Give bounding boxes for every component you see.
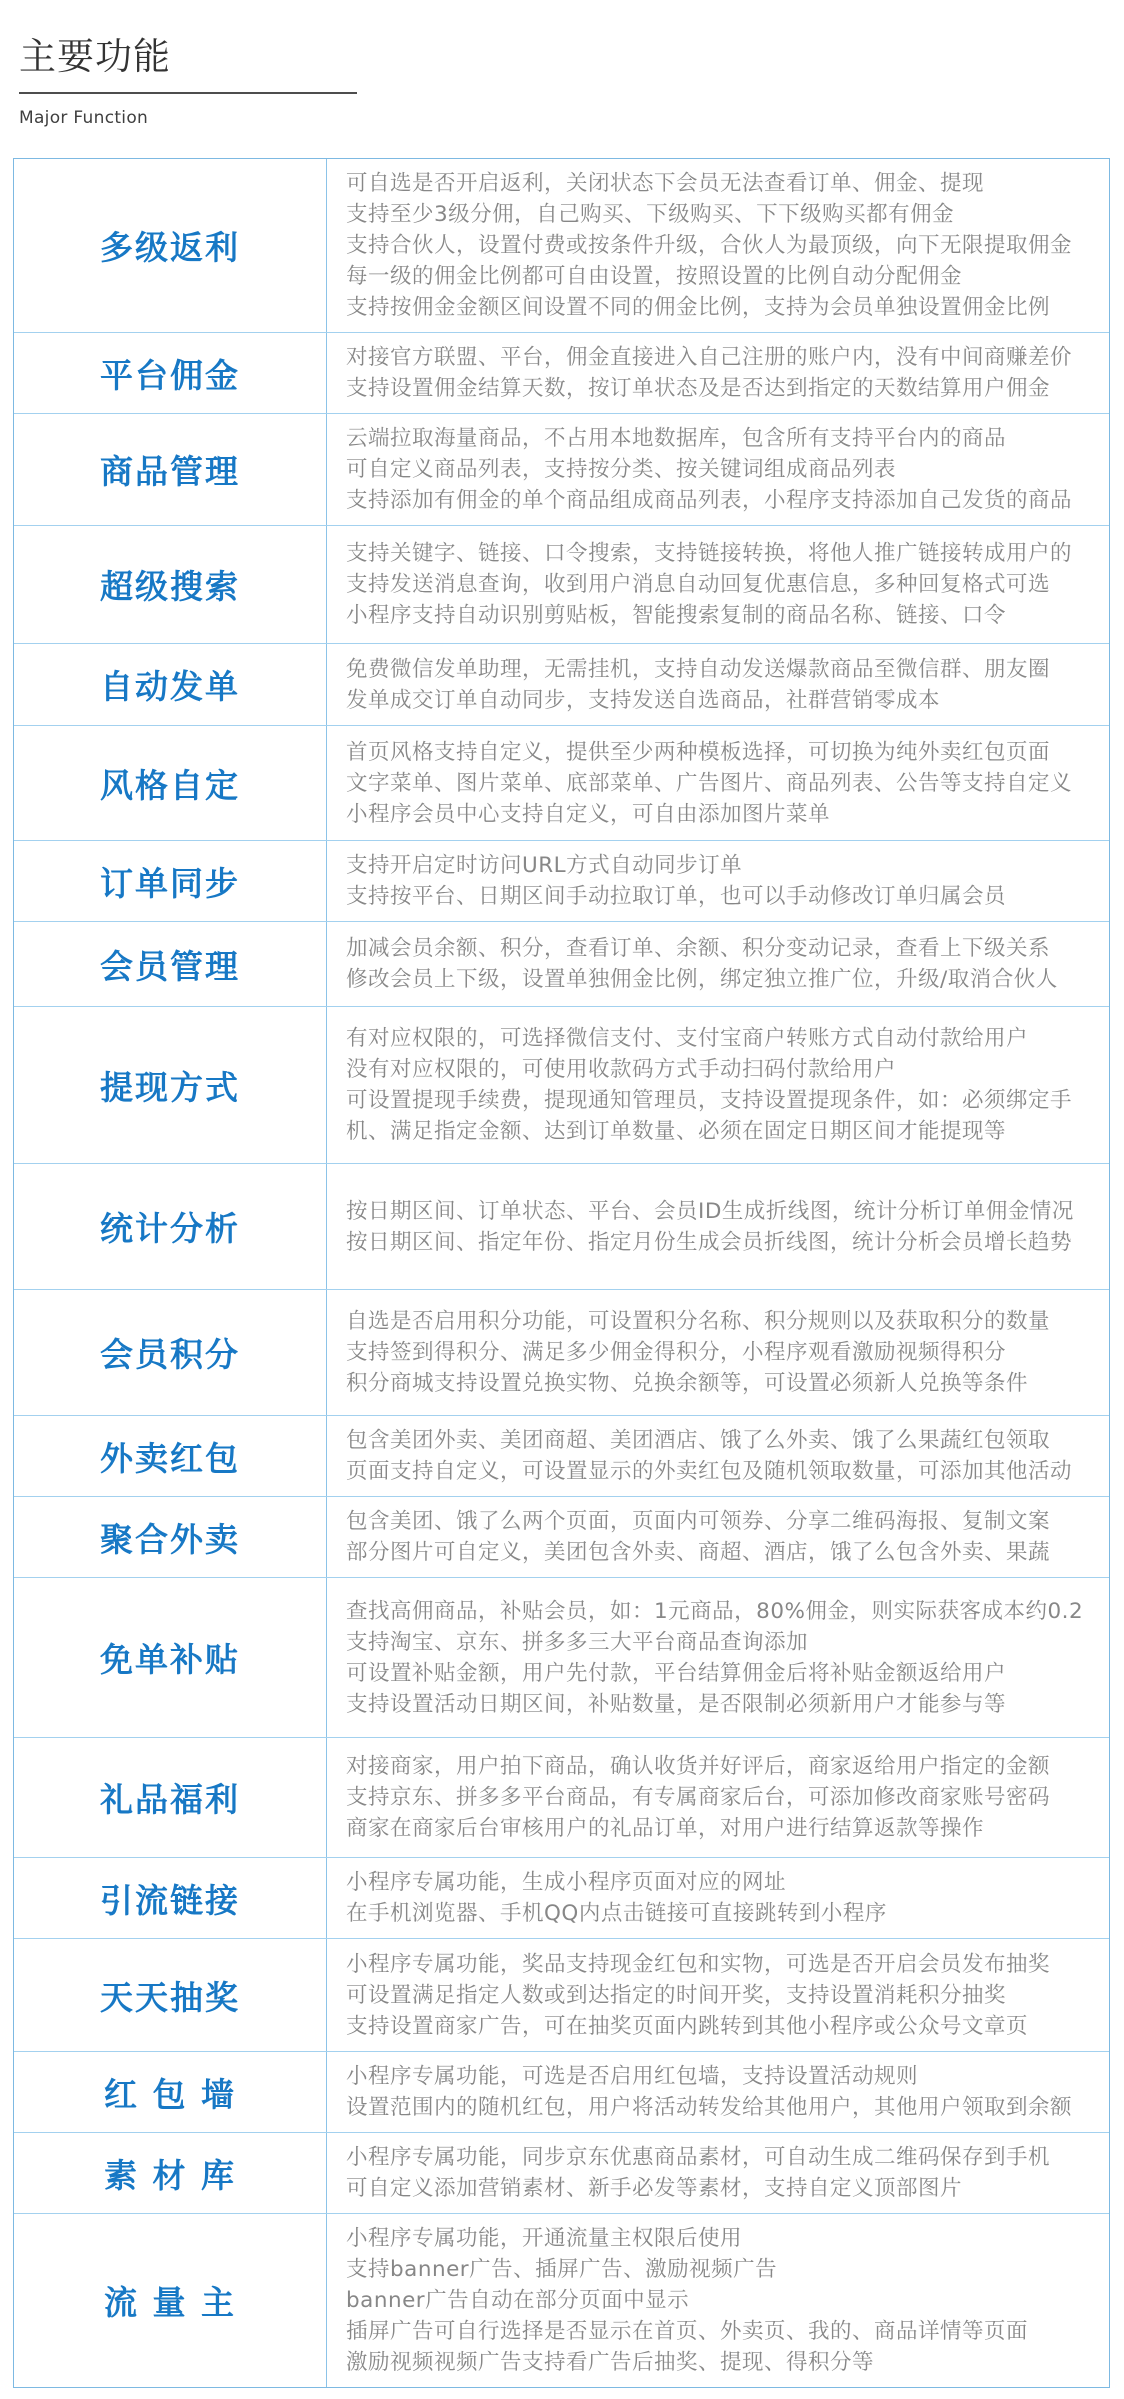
feature-name-cell: 礼品福利 <box>14 1738 327 1857</box>
feature-name-cell: 天天抽奖 <box>14 1939 327 2051</box>
feature-name-cell: 风格自定 <box>14 726 327 840</box>
feature-row: 素 材 库 小程序专属功能，同步京东优惠商品素材，可自动生成二维码保存到手机 可… <box>14 2132 1109 2213</box>
feature-description: 支持关键字、链接、口令搜索，支持链接转换，将他人推广链接转成用户的 支持发送消息… <box>346 538 1072 631</box>
feature-description: 有对应权限的，可选择微信支付、支付宝商户转账方式自动付款给用户 没有对应权限的，… <box>346 1023 1095 1147</box>
feature-description: 小程序专属功能，同步京东优惠商品素材，可自动生成二维码保存到手机 可自定义添加营… <box>346 2142 1050 2204</box>
title-underline-divider <box>19 92 357 94</box>
feature-name-cell: 聚合外卖 <box>14 1497 327 1577</box>
feature-name: 天天抽奖 <box>100 1972 240 2019</box>
feature-description-cell: 小程序专属功能，可选是否启用红包墙，支持设置活动规则 设置范围内的随机红包，用户… <box>327 2052 1109 2132</box>
feature-row: 引流链接 小程序专属功能，生成小程序页面对应的网址 在手机浏览器、手机QQ内点击… <box>14 1857 1109 1938</box>
feature-name-cell: 会员管理 <box>14 922 327 1006</box>
page-subtitle: Major Function <box>19 108 1124 128</box>
feature-name: 素 材 库 <box>104 2150 236 2197</box>
feature-description-cell: 可自选是否开启返利，关闭状态下会员无法查看订单、佣金、提现 支持至少3级分佣，自… <box>327 159 1109 332</box>
feature-name: 风格自定 <box>100 760 240 807</box>
feature-description-cell: 支持开启定时访问URL方式自动同步订单 支持按平台、日期区间手动拉取订单，也可以… <box>327 841 1109 921</box>
feature-name-cell: 自动发单 <box>14 644 327 725</box>
feature-description: 自选是否启用积分功能，可设置积分名称、积分规则以及获取积分的数量 支持签到得积分… <box>346 1306 1050 1399</box>
feature-row: 风格自定 首页风格支持自定义，提供至少两种模板选择，可切换为纯外卖红包页面 文字… <box>14 725 1109 840</box>
feature-name: 商品管理 <box>100 446 240 493</box>
feature-description: 小程序专属功能，可选是否启用红包墙，支持设置活动规则 设置范围内的随机红包，用户… <box>346 2061 1072 2123</box>
feature-row: 免单补贴 查找高佣商品，补贴会员，如：1元商品，80%佣金，则实际获客成本约0.… <box>14 1577 1109 1737</box>
feature-description-cell: 对接官方联盟、平台，佣金直接进入自己注册的账户内，没有中间商赚差价 支持设置佣金… <box>327 333 1109 413</box>
feature-table: 多级返利 可自选是否开启返利，关闭状态下会员无法查看订单、佣金、提现 支持至少3… <box>13 158 1110 2388</box>
feature-name-cell: 外卖红包 <box>14 1416 327 1496</box>
feature-name-cell: 提现方式 <box>14 1007 327 1163</box>
feature-name: 订单同步 <box>100 858 240 905</box>
feature-description-cell: 有对应权限的，可选择微信支付、支付宝商户转账方式自动付款给用户 没有对应权限的，… <box>327 1007 1109 1163</box>
feature-description-cell: 小程序专属功能，生成小程序页面对应的网址 在手机浏览器、手机QQ内点击链接可直接… <box>327 1858 1109 1938</box>
feature-description: 对接官方联盟、平台，佣金直接进入自己注册的账户内，没有中间商赚差价 支持设置佣金… <box>346 342 1072 404</box>
page-title: 主要功能 <box>19 26 1124 80</box>
feature-row: 流 量 主 小程序专属功能，开通流量主权限后使用 支持banner广告、插屏广告… <box>14 2213 1109 2387</box>
feature-row: 提现方式 有对应权限的，可选择微信支付、支付宝商户转账方式自动付款给用户 没有对… <box>14 1006 1109 1163</box>
feature-row: 商品管理 云端拉取海量商品，不占用本地数据库，包含所有支持平台内的商品 可自定义… <box>14 413 1109 525</box>
feature-name-cell: 会员积分 <box>14 1290 327 1415</box>
feature-name-cell: 引流链接 <box>14 1858 327 1938</box>
feature-row: 自动发单 免费微信发单助理，无需挂机，支持自动发送爆款商品至微信群、朋友圈 发单… <box>14 643 1109 725</box>
feature-description-cell: 自选是否启用积分功能，可设置积分名称、积分规则以及获取积分的数量 支持签到得积分… <box>327 1290 1109 1415</box>
feature-name: 多级返利 <box>100 222 240 269</box>
feature-description: 加减会员余额、积分，查看订单、余额、积分变动记录，查看上下级关系 修改会员上下级… <box>346 933 1058 995</box>
feature-row: 超级搜索 支持关键字、链接、口令搜索，支持链接转换，将他人推广链接转成用户的 支… <box>14 525 1109 643</box>
feature-description: 查找高佣商品，补贴会员，如：1元商品，80%佣金，则实际获客成本约0.2 支持淘… <box>346 1596 1083 1720</box>
page: 主要功能 Major Function 多级返利 可自选是否开启返利，关闭状态下… <box>0 0 1124 2399</box>
feature-description-cell: 小程序专属功能，开通流量主权限后使用 支持banner广告、插屏广告、激励视频广… <box>327 2214 1109 2387</box>
feature-name-cell: 红 包 墙 <box>14 2052 327 2132</box>
feature-name-cell: 订单同步 <box>14 841 327 921</box>
feature-description: 小程序专属功能，奖品支持现金红包和实物，可选是否开启会员发布抽奖 可设置满足指定… <box>346 1949 1050 2042</box>
feature-description: 对接商家，用户拍下商品，确认收货并好评后，商家返给用户指定的金额 支持京东、拼多… <box>346 1751 1050 1844</box>
feature-row: 平台佣金 对接官方联盟、平台，佣金直接进入自己注册的账户内，没有中间商赚差价 支… <box>14 332 1109 413</box>
feature-description: 小程序专属功能，开通流量主权限后使用 支持banner广告、插屏广告、激励视频广… <box>346 2223 1028 2378</box>
feature-description-cell: 包含美团外卖、美团商超、美团酒店、饿了么外卖、饿了么果蔬红包领取 页面支持自定义… <box>327 1416 1109 1496</box>
feature-description-cell: 首页风格支持自定义，提供至少两种模板选择，可切换为纯外卖红包页面 文字菜单、图片… <box>327 726 1109 840</box>
feature-name-cell: 超级搜索 <box>14 526 327 643</box>
feature-name: 会员管理 <box>100 941 240 988</box>
feature-row: 订单同步 支持开启定时访问URL方式自动同步订单 支持按平台、日期区间手动拉取订… <box>14 840 1109 921</box>
feature-name-cell: 流 量 主 <box>14 2214 327 2387</box>
feature-name: 引流链接 <box>100 1875 240 1922</box>
feature-description-cell: 免费微信发单助理，无需挂机，支持自动发送爆款商品至微信群、朋友圈 发单成交订单自… <box>327 644 1109 725</box>
feature-row: 聚合外卖 包含美团、饿了么两个页面，页面内可领券、分享二维码海报、复制文案 部分… <box>14 1496 1109 1577</box>
feature-name: 聚合外卖 <box>100 1514 240 1561</box>
feature-description-cell: 包含美团、饿了么两个页面，页面内可领券、分享二维码海报、复制文案 部分图片可自定… <box>327 1497 1109 1577</box>
feature-name: 红 包 墙 <box>104 2069 236 2116</box>
feature-row: 外卖红包 包含美团外卖、美团商超、美团酒店、饿了么外卖、饿了么果蔬红包领取 页面… <box>14 1415 1109 1496</box>
feature-row: 会员积分 自选是否启用积分功能，可设置积分名称、积分规则以及获取积分的数量 支持… <box>14 1289 1109 1415</box>
feature-description: 支持开启定时访问URL方式自动同步订单 支持按平台、日期区间手动拉取订单，也可以… <box>346 850 1006 912</box>
feature-name-cell: 免单补贴 <box>14 1578 327 1737</box>
feature-row: 礼品福利 对接商家，用户拍下商品，确认收货并好评后，商家返给用户指定的金额 支持… <box>14 1737 1109 1857</box>
feature-description: 首页风格支持自定义，提供至少两种模板选择，可切换为纯外卖红包页面 文字菜单、图片… <box>346 737 1072 830</box>
feature-name-cell: 多级返利 <box>14 159 327 332</box>
feature-description-cell: 小程序专属功能，奖品支持现金红包和实物，可选是否开启会员发布抽奖 可设置满足指定… <box>327 1939 1109 2051</box>
feature-description: 可自选是否开启返利，关闭状态下会员无法查看订单、佣金、提现 支持至少3级分佣，自… <box>346 168 1072 323</box>
feature-description: 免费微信发单助理，无需挂机，支持自动发送爆款商品至微信群、朋友圈 发单成交订单自… <box>346 654 1050 716</box>
feature-description-cell: 支持关键字、链接、口令搜索，支持链接转换，将他人推广链接转成用户的 支持发送消息… <box>327 526 1109 643</box>
feature-name: 提现方式 <box>100 1062 240 1109</box>
feature-description: 按日期区间、订单状态、平台、会员ID生成折线图，统计分析订单佣金情况 按日期区间… <box>346 1196 1074 1258</box>
feature-row: 会员管理 加减会员余额、积分，查看订单、余额、积分变动记录，查看上下级关系 修改… <box>14 921 1109 1006</box>
feature-row: 天天抽奖 小程序专属功能，奖品支持现金红包和实物，可选是否开启会员发布抽奖 可设… <box>14 1938 1109 2051</box>
feature-name-cell: 统计分析 <box>14 1164 327 1289</box>
feature-row: 多级返利 可自选是否开启返利，关闭状态下会员无法查看订单、佣金、提现 支持至少3… <box>14 159 1109 332</box>
feature-description: 云端拉取海量商品，不占用本地数据库，包含所有支持平台内的商品 可自定义商品列表，… <box>346 423 1072 516</box>
feature-name: 外卖红包 <box>100 1433 240 1480</box>
feature-name: 平台佣金 <box>100 350 240 397</box>
feature-name: 免单补贴 <box>100 1634 240 1681</box>
feature-name: 统计分析 <box>100 1203 240 1250</box>
feature-description-cell: 对接商家，用户拍下商品，确认收货并好评后，商家返给用户指定的金额 支持京东、拼多… <box>327 1738 1109 1857</box>
feature-description: 小程序专属功能，生成小程序页面对应的网址 在手机浏览器、手机QQ内点击链接可直接… <box>346 1867 887 1929</box>
feature-row: 红 包 墙 小程序专属功能，可选是否启用红包墙，支持设置活动规则 设置范围内的随… <box>14 2051 1109 2132</box>
feature-description-cell: 按日期区间、订单状态、平台、会员ID生成折线图，统计分析订单佣金情况 按日期区间… <box>327 1164 1109 1289</box>
feature-row: 统计分析 按日期区间、订单状态、平台、会员ID生成折线图，统计分析订单佣金情况 … <box>14 1163 1109 1289</box>
feature-description: 包含美团、饿了么两个页面，页面内可领券、分享二维码海报、复制文案 部分图片可自定… <box>346 1506 1050 1568</box>
feature-name: 自动发单 <box>100 661 240 708</box>
feature-description-cell: 云端拉取海量商品，不占用本地数据库，包含所有支持平台内的商品 可自定义商品列表，… <box>327 414 1109 525</box>
feature-name: 会员积分 <box>100 1329 240 1376</box>
feature-name-cell: 平台佣金 <box>14 333 327 413</box>
feature-description-cell: 小程序专属功能，同步京东优惠商品素材，可自动生成二维码保存到手机 可自定义添加营… <box>327 2133 1109 2213</box>
feature-name: 礼品福利 <box>100 1774 240 1821</box>
feature-name: 超级搜索 <box>100 561 240 608</box>
page-header: 主要功能 Major Function <box>0 0 1124 128</box>
feature-name-cell: 素 材 库 <box>14 2133 327 2213</box>
feature-description-cell: 加减会员余额、积分，查看订单、余额、积分变动记录，查看上下级关系 修改会员上下级… <box>327 922 1109 1006</box>
feature-name-cell: 商品管理 <box>14 414 327 525</box>
feature-description: 包含美团外卖、美团商超、美团酒店、饿了么外卖、饿了么果蔬红包领取 页面支持自定义… <box>346 1425 1072 1487</box>
feature-description-cell: 查找高佣商品，补贴会员，如：1元商品，80%佣金，则实际获客成本约0.2 支持淘… <box>327 1578 1109 1737</box>
feature-name: 流 量 主 <box>104 2277 236 2324</box>
